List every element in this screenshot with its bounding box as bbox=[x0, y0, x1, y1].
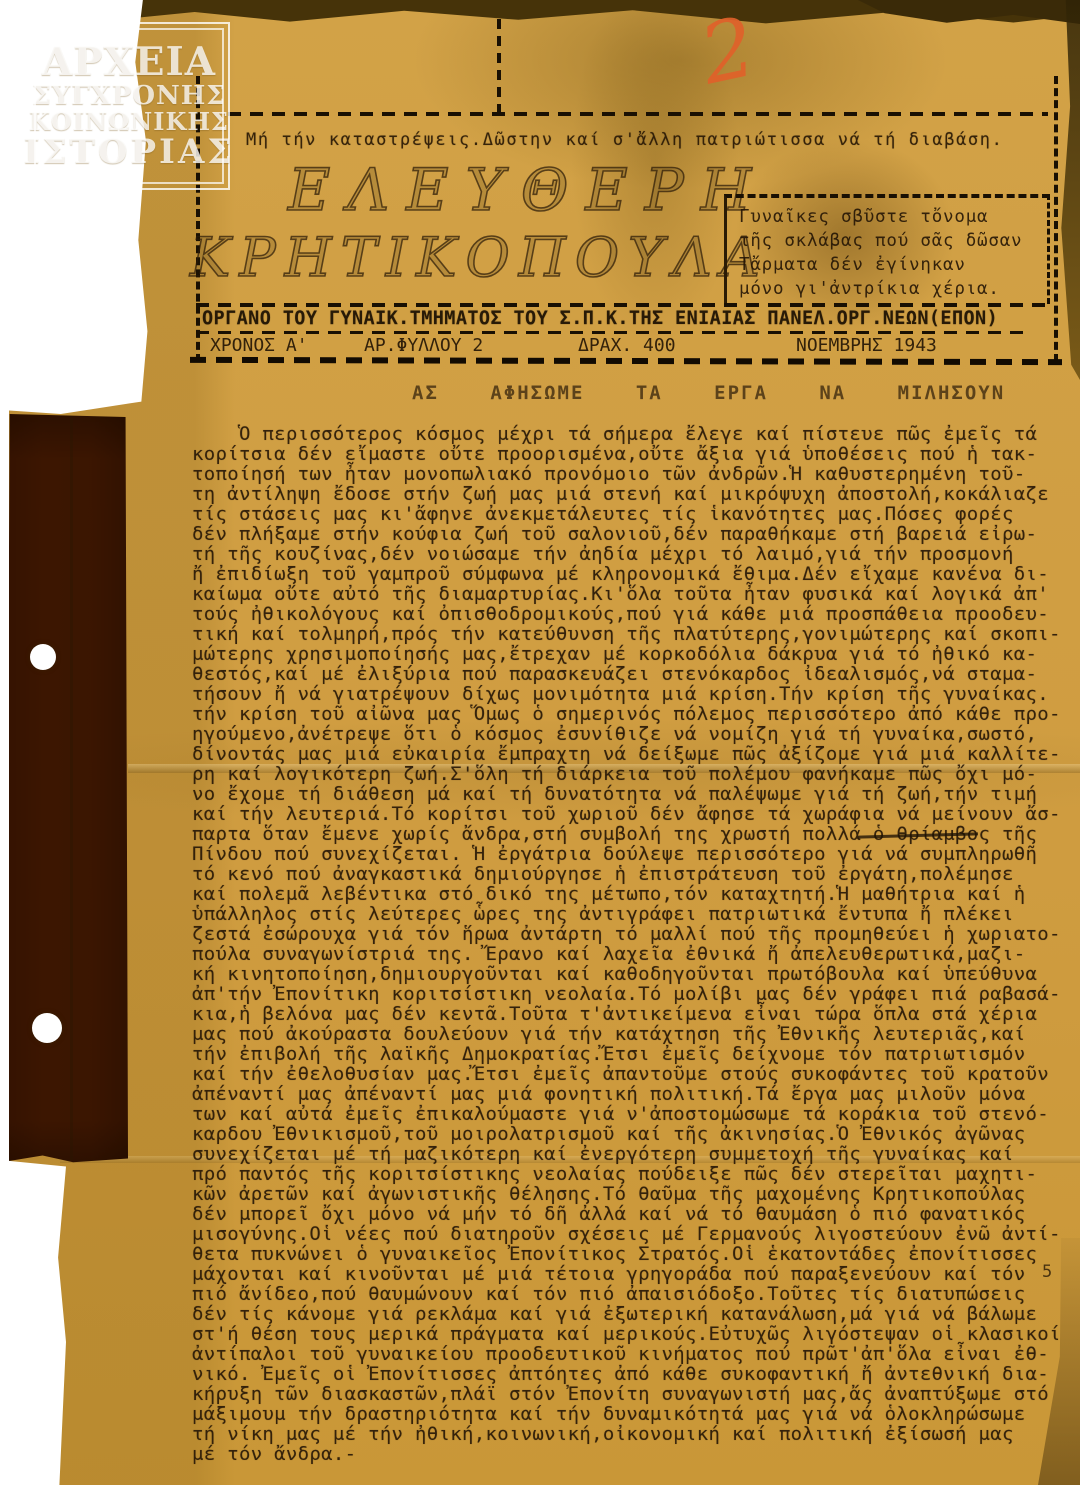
article-body-line: μέ τόν ἄνδρα.- bbox=[192, 1444, 1072, 1464]
article-body-line: τούς ἠθικολόγους καί ὀπισθοδρομικούς,πού… bbox=[192, 604, 1072, 624]
reader-instruction-line: Μή τήν καταστρέψεις.Δῶστην καί σ'ἄλλη πα… bbox=[246, 130, 1003, 150]
article-body-line: καί πολεμᾶ λεβέντικα στό δικό της μέτωπο… bbox=[192, 884, 1072, 904]
article-body-line: τήν ἐπιβολή τῆς λαϊκῆς Δημοκρατίας.Ἔτσι … bbox=[192, 1044, 1072, 1064]
watermark-line: ΙΣΤΟΡΙΑΣ bbox=[24, 135, 235, 170]
article-body-line: ἀντίπαλοι τοῦ γυναικείου προοδευτικοῦ κι… bbox=[192, 1344, 1072, 1364]
article-body-line: ζεστά ἐσώρουχα γιά τόν ἥρωα ἀντάρτη τό μ… bbox=[192, 924, 1072, 944]
article-body-line: καί τήν λευτεριά.Τό κορίτσι τοῦ χωριοῦ δ… bbox=[192, 804, 1072, 824]
article-body-line: στ'ή θέση τους μερικά πράγματα καί μερικ… bbox=[192, 1324, 1072, 1344]
article-body-line: τή νίκη μας μέ τήν ἠθική,κοινωνική,οἰκον… bbox=[192, 1424, 1072, 1444]
issue-price: ΔΡΑΧ. 400 bbox=[578, 335, 676, 356]
issue-number: ΑΡ.ΦΥΛΛΟΥ 2 bbox=[364, 335, 483, 356]
backing-strip-seam bbox=[70, 416, 73, 1160]
punch-hole-top bbox=[30, 644, 56, 670]
article-body-line: θετα πυκνώνει ὁ γυναικεῖος Ἐπονίτικος Στ… bbox=[192, 1244, 1072, 1264]
scanned-document-page: Μή τήν καταστρέψεις.Δῶστην καί σ'ἄλλη πα… bbox=[0, 0, 1080, 1485]
article-body-line: νικό. Ἐμεῖς οἱ Ἐπονίτισσες ἀπτόητες ἀπό … bbox=[192, 1364, 1072, 1384]
organ-statement: ΟΡΓΑΝΟ ΤΟΥ ΓΥΝΑΙΚ.ΤΜΗΜΑΤΟΣ ΤΟΥ Σ.Π.Κ.ΤΗΣ… bbox=[202, 308, 998, 329]
margin-number: 5 bbox=[1042, 1262, 1052, 1282]
brown-backing-strip bbox=[6, 414, 128, 1166]
article-body-line: των καί αὐτά ἐμεῖς ἐπικαλούμαστε γιά ν'ἀ… bbox=[192, 1104, 1072, 1124]
article-body-line: μας πού ἀκούραστα δουλεύουν γιά τήν κατά… bbox=[192, 1024, 1072, 1044]
article-body-line: Πίνδου πού συνεχίζεται. Ἡ ἐργάτρια δούλε… bbox=[192, 844, 1072, 864]
article-body-line: κή κινητοποίηση,δημιουργοῦνται καί καθοδ… bbox=[192, 964, 1072, 984]
article-body-line: πιό ἄνίδεο,πού θαυμώνουν καί τόν πιό ἀπα… bbox=[192, 1284, 1072, 1304]
article-body-line: Ὁ περισσότερος κόσμος μέχρι τά σήμερα ἔλ… bbox=[192, 424, 1072, 444]
article-body-line: νο ἔχομε τή διάθεση μά καί τή δυνατότητα… bbox=[192, 784, 1072, 804]
verse-line: μόνο γι'ἀντρίκια χέρια. bbox=[739, 277, 1047, 301]
article-body-line: τίς στάσεις μας κι'ἄφηνε ἀνεκμετάλευτες … bbox=[192, 504, 1072, 524]
article-body-line: κια,ἡ βελόνα μας δέν κεντᾶ.Τοῦτα τ'ἀντικ… bbox=[192, 1004, 1072, 1024]
article-body-line: πούλα συναγωνίστριά της. Ἔρανο καί λαχεῖ… bbox=[192, 944, 1072, 964]
article-body-line: μάξιμουμ τήν δραστηριότητα καί τήν δυναμ… bbox=[192, 1404, 1072, 1424]
dashed-rule-organ-underline bbox=[196, 331, 1028, 334]
punch-hole-bottom bbox=[32, 1013, 62, 1043]
article-body-line: μώτερης χρησιμοποίησής μας,ἔτρεχαν μέ κο… bbox=[192, 644, 1072, 664]
article-body-line: ρη καί λογικότερη ζωή.Σ'ὅλη τή διάρκεια … bbox=[192, 764, 1072, 784]
watermark-line: ΣΥΓΧΡΟΝΗΣ bbox=[32, 83, 226, 110]
article-body-line: τήν κρίση τοῦ αἰῶνα μας Ὅμως ὁ σημερινός… bbox=[192, 704, 1072, 724]
newspaper-title-line2: ΚΡΗΤΙΚΟΠΟΥΛΑ bbox=[190, 226, 769, 289]
article-body-line: δέν μπορεῖ ὄχι μόνο νά μήν τό δῆ ἀλλά κα… bbox=[192, 1204, 1072, 1224]
newspaper-title-line1: ΕΛΕΥΘΕΡΗ bbox=[288, 156, 768, 224]
scan-bed-left-edge bbox=[0, 408, 9, 1168]
verse-line: τῆς σκλάβας πού σᾶς δῶσαν bbox=[739, 229, 1047, 253]
article-body-line: δίνοντάς μας μιά εὐκαιρία ἔμπραχτη νά δε… bbox=[192, 744, 1072, 764]
missing-paper-bottom-left bbox=[0, 1160, 66, 1485]
article-body: Ὁ περισσότερος κόσμος μέχρι τά σήμερα ἔλ… bbox=[192, 424, 1072, 1464]
dashed-rule-top bbox=[228, 112, 1048, 116]
article-body-line: κήρυξη τῶν διασκαστῶν,πλάϊ στόν Ἐπονίτη … bbox=[192, 1384, 1072, 1404]
dashed-rule-masthead-top bbox=[196, 303, 1050, 307]
article-body-line: ὑπάλληλος στίς λεύτερες ὧρες της ἀντιγρά… bbox=[192, 904, 1072, 924]
article-body-line: κορίτσια δέν εἴμαστε οὔτε προορισμένα,οὔ… bbox=[192, 444, 1072, 464]
article-body-line: καρδου Ἐθνικισμοῦ,τοῦ μοιρολατρισμοῦ καί… bbox=[192, 1124, 1072, 1144]
article-body-line: καίωμα οὔτε αὐτό τῆς διαμαρτυρίας.Κι'ὅλα… bbox=[192, 584, 1072, 604]
article-body-line: ἀπέναντί μας ἀπέναντί μας μιά φονητική π… bbox=[192, 1084, 1072, 1104]
article-body-line: πρό παντός τῆς κοριτσίστικης νεολαίας πο… bbox=[192, 1164, 1072, 1184]
article-body-line: τοποίησή των ἦταν μονοπωλιακό προνόμοιο … bbox=[192, 464, 1072, 484]
slogan-verse-box: Γυναῖκες σβῦστε τὄνοματῆς σκλάβας πού σᾶ… bbox=[724, 194, 1050, 304]
article-body-line: τό κενό πού ἀναγκαστικά δημιούργησε ἡ ἐπ… bbox=[192, 864, 1072, 884]
article-body-line: μισογύνης.Οἱ νέες πού διατηροῦν σχέσεις … bbox=[192, 1224, 1072, 1244]
article-body-line: τή τῆς κουζίνας,δέν νοιώσαμε τήν ἀηδία μ… bbox=[192, 544, 1072, 564]
article-body-line: τήσουν ἤ νά γιατρέψουν δίχως μονιμότητα … bbox=[192, 684, 1072, 704]
article-body-line: δέν πλήξαμε στήν κούφια ζωή τοῦ σαλονιοῦ… bbox=[192, 524, 1072, 544]
article-body-line: τη ἀντίληψη ἔδοσε στήν ζωή μας μιά στενή… bbox=[192, 484, 1072, 504]
issue-date: ΝΟΕΜΒΡΗΣ 1943 bbox=[796, 335, 937, 356]
watermark-line: ΑΡΧΕΙΑ bbox=[42, 42, 216, 83]
article-body-line: ἀπ'τήν Ἐπονίτικη κοριτσίστικη νεολαία.Τό… bbox=[192, 984, 1072, 1004]
verse-line: Γυναῖκες σβῦστε τὄνομα bbox=[739, 205, 1047, 229]
article-body-line: συνεχίζεται μέ τή μαζικότερη καί ἐνεργότ… bbox=[192, 1144, 1072, 1164]
article-body-line: ηγούμενο,ἀνέτρεψε ὅτι ὁ κόσμος ἐσυνίθιζε… bbox=[192, 724, 1072, 744]
article-body-line: δέν τίς κάνομε γιά ρεκλάμα καί γιά ἐξωτε… bbox=[192, 1304, 1072, 1324]
issue-year: ΧΡΟΝΟΣ Α' bbox=[210, 335, 308, 356]
article-body-line: μάχονται καί κινοῦνται μέ μιά τέτοια γρη… bbox=[192, 1264, 1072, 1284]
archive-watermark: ΑΡΧΕΙΑΣΥΓΧΡΟΝΗΣΚΟΙΝΩΝΙΚΗΣΙΣΤΟΡΙΑΣ bbox=[28, 22, 230, 190]
article-body-line: κῶν ἀρετῶν καί ἀγωνιστικῆς θέλησης.Τό θα… bbox=[192, 1184, 1072, 1204]
article-body-line: θεστός,καί μέ ἐλιξύρια πού παρασκευάζει … bbox=[192, 664, 1072, 684]
watermark-line: ΚΟΙΝΩΝΙΚΗΣ bbox=[29, 110, 229, 135]
article-body-line: ἤ ἐπιδίωξη τοῦ γαμπροῦ σύμφωνα μέ κληρον… bbox=[192, 564, 1072, 584]
verse-line: Τἄρματα δέν ἐγίνηκαν bbox=[739, 253, 1047, 277]
article-body-line: καί τήν ἐθελοθυσίαν μας.Ἔτσι ἐμεῖς ἀπαντ… bbox=[192, 1064, 1072, 1084]
dashed-rule-vertical-stray bbox=[497, 12, 501, 114]
issue-info-line: ΧΡΟΝΟΣ Α' ΑΡ.ΦΥΛΛΟΥ 2 ΔΡΑΧ. 400 ΝΟΕΜΒΡΗΣ… bbox=[196, 335, 1050, 359]
article-headline: ΑΣ ΑΦΗΣΩΜΕ ΤΑ ΕΡΓΑ ΝΑ ΜΙΛΗΣΟΥΝ bbox=[412, 382, 1005, 404]
article-body-line: τική καί τολμηρή,πρός τήν κατεύθυνση τῆς… bbox=[192, 624, 1072, 644]
